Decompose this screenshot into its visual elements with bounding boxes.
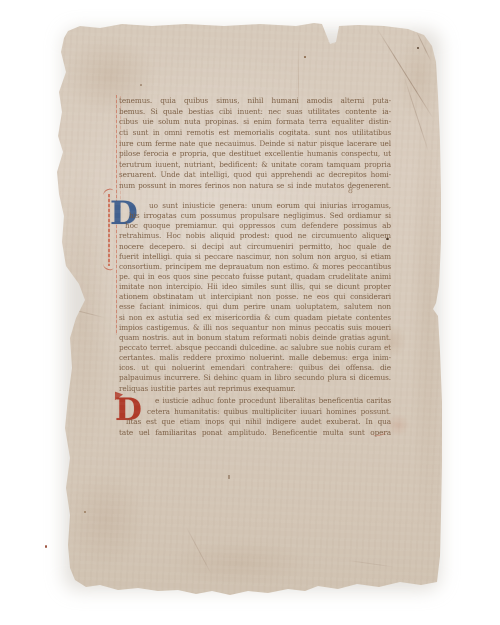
text-line: cetera humanitatis: quibus multipliciter… — [119, 407, 391, 418]
text-line: esse faciant inimicos. qui dum perire un… — [119, 302, 391, 312]
paragraph-2: uo sunt iniusticie genera: unum eorum qu… — [119, 201, 391, 394]
ink-speck — [140, 84, 142, 86]
text-line: palpauimus incurrere. Si dehinc quam in … — [119, 373, 391, 383]
crease-bottom-right — [348, 560, 394, 567]
text-line: pe. qui in eos quos sine peccato fuisse … — [119, 272, 391, 282]
stain-bottom-center — [170, 540, 310, 586]
crease-top-right-lower — [404, 76, 430, 152]
text-line: seruarent. Unde dat intelligi, quod qui … — [119, 170, 391, 181]
text-line: iure cum ferme nate que necauimus. Deind… — [119, 139, 391, 150]
text-line: terutrum iuuent, nutriant, bedificent: &… — [119, 160, 391, 171]
text-line: nocere decepero. si decipi aut circumuen… — [119, 242, 391, 252]
text-line: cibus uie solum nuta propinas. si enim f… — [119, 117, 391, 128]
text-line: hoc quoque premiamur. qui oppressos cum … — [119, 221, 391, 231]
text-line: quam nostris. aut in bonum statum reform… — [119, 333, 391, 343]
ink-speck — [84, 511, 86, 513]
text-line: cti sunt in omni remotis est memorialis … — [119, 128, 391, 139]
text-line: ationem obstinatam ut intercipiant non p… — [119, 292, 391, 302]
stain-right-band — [410, 90, 446, 530]
fiber-speck — [228, 475, 230, 479]
ink-speck — [417, 47, 419, 49]
text-line: fuerit intelligi. quia si peccare nascim… — [119, 252, 391, 262]
text-line: his irrogatas cum possumus propulsare ne… — [119, 211, 391, 221]
text-line: reliquas iustitie partes aut reprimus ex… — [119, 384, 391, 394]
text-line: peccato terret. absque peccandi dulcedin… — [119, 343, 391, 353]
text-line: bemus. Si quale bestias cibi inuent: nec… — [119, 107, 391, 118]
text-line: tenemus. quia quibus simus, nihil humani… — [119, 96, 391, 107]
text-line: tate uel familiaritas ponat amplitudo. B… — [119, 428, 391, 439]
text-line: consortium. principem me deprauatum non … — [119, 262, 391, 272]
text-line: litas est que etiam inops qui nihil indi… — [119, 417, 391, 428]
text-line: imitate non intercipio. Hii ideo similes… — [119, 282, 391, 292]
stain-bottom-left — [66, 470, 146, 570]
crease-bottom-center — [186, 526, 212, 574]
text-line: uo sunt iniusticie genera: unum eorum qu… — [119, 201, 391, 211]
text-line: si non ex astutia sed ex misericordia & … — [119, 313, 391, 323]
text-line: certantes. malis reddere proximo nolueri… — [119, 353, 391, 363]
debris-speck — [45, 545, 47, 548]
paragraph-3: e iusticie adhuc fonte procedunt liberal… — [119, 396, 391, 438]
paragraph-1: tenemus. quia quibus simus, nihil humani… — [119, 96, 391, 192]
text-line: pilose ferocia e propria, que destituet … — [119, 149, 391, 160]
text-line: icos. ut qui noluerint emendari contrahe… — [119, 363, 391, 373]
text-line: num possunt in mores ferinos non natura … — [119, 181, 391, 192]
text-line: retrahimus. Hoc nobis aliquid prodest: q… — [119, 231, 391, 241]
ink-speck — [304, 56, 306, 58]
text-line: e iusticie adhuc fonte procedunt liberal… — [119, 396, 391, 407]
text-line: impios castigemus. & illi nos sequantur … — [119, 323, 391, 333]
manuscript-photo: tenemus. quia quibus simus, nihil humani… — [0, 0, 500, 625]
